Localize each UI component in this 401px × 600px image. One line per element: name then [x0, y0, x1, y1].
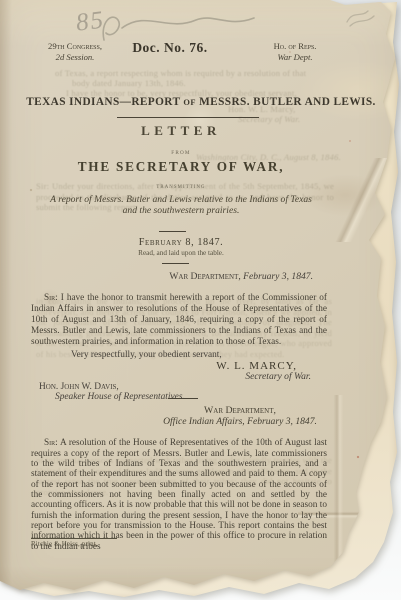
letter1-addressee: Hon. John W. Davis,: [31, 382, 327, 392]
letter2-text: A resolution of the House of Representat…: [31, 438, 327, 551]
tabled-date: February 8, 1847.: [25, 237, 337, 248]
letter2-dept: War Department,: [105, 405, 375, 416]
doc-number: Doc. No. 76.: [108, 40, 232, 56]
title-rule: [117, 117, 259, 118]
subject-line-1: A report of Messrs. Butler and Lewis rel…: [25, 194, 337, 205]
from-label: FROM: [25, 150, 337, 156]
letter1-signature-title: Secretary of War.: [31, 371, 327, 382]
tabled-note: Read, and laid upon the table.: [25, 249, 337, 257]
letter-heading: LETTER: [25, 123, 337, 139]
title-part2: MESSRS. BUTLER AND LEWIS.: [196, 96, 376, 108]
letter1-date: February 3, 1847.: [241, 271, 313, 282]
document-page-shadow: of Texas, a report respecting whom is re…: [0, 0, 401, 600]
letter1-dept: War Department,: [169, 271, 240, 282]
letter2-salutation: Sir:: [44, 438, 58, 448]
letter1-addressee-title: Speaker House of Representatives.: [31, 392, 327, 402]
secretary-heading: THE SECRETARY OF WAR,: [25, 159, 337, 175]
title-part1: TEXAS INDIANS—REPORT: [26, 96, 183, 108]
transmitting-label: TRANSMITTING: [25, 185, 337, 190]
section-rule: [159, 231, 186, 232]
section-rule: [162, 263, 189, 264]
letter1-closing: Very respectfully, your obedient servant…: [31, 350, 327, 360]
letter2-body: Sir: A resolution of the House of Repres…: [31, 438, 327, 552]
letter1-dateline: War Department, February 3, 1847.: [31, 271, 327, 282]
masthead-chamber-block: Ho. of Reps. War Dept.: [252, 41, 338, 62]
printer-rule: [31, 538, 117, 539]
chamber-line: Ho. of Reps.: [252, 41, 338, 52]
letter1-salutation: Sir:: [44, 293, 58, 303]
document-page: of Texas, a report respecting whom is re…: [0, 0, 401, 600]
bleed-through-text: of Texas, a report respecting whom is re…: [55, 68, 347, 79]
photo-background: of Texas, a report respecting whom is re…: [0, 0, 401, 600]
letter1-text: I have the honor to transmit herewith a …: [31, 293, 327, 347]
document-title: TEXAS INDIANS—REPORT OF MESSRS. BUTLER A…: [25, 96, 377, 108]
subject-line-2: and the southwestern prairies.: [25, 205, 337, 216]
letter2-office-date: Office Indian Affairs, February 3, 1847.: [105, 416, 375, 427]
dept-line: War Dept.: [252, 52, 338, 63]
letter1-body: Sir: I have the honor to transmit herewi…: [31, 293, 327, 348]
bleed-through-text: body dated January 13th, 1846.: [72, 78, 332, 89]
section-rule: [168, 398, 198, 399]
title-of: OF: [183, 98, 195, 107]
printer-imprint: Ritchie & Heiss, print.: [31, 541, 327, 548]
pencil-mark-icon: [344, 6, 378, 30]
